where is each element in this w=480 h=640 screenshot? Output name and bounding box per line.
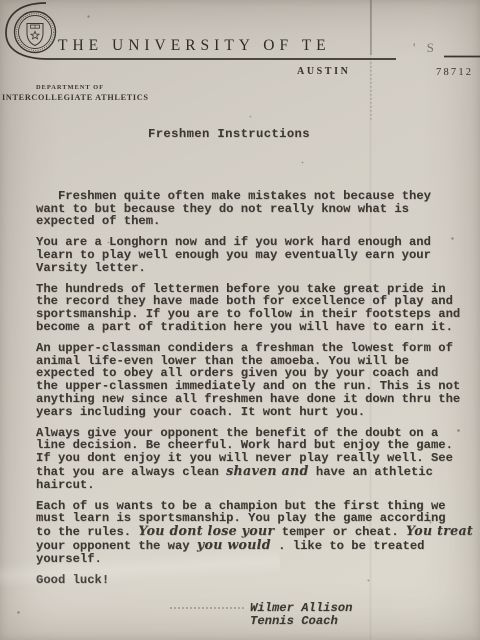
paragraph-6-typed-b: temper or cheat. xyxy=(274,525,406,539)
signature-block: Wilmer Allison Tennis Coach xyxy=(250,602,474,628)
university-name: THE UNIVERSITY OF TE xyxy=(58,37,331,55)
letterhead-art xyxy=(0,0,480,130)
paragraph-6-handwritten-3: you would xyxy=(197,537,271,552)
letter-body: Freshmen Instructions Freshmen quite oft… xyxy=(36,128,474,628)
paragraph-6-handwritten-1: You dont lose your xyxy=(138,523,274,538)
letter-title: Freshmen Instructions xyxy=(36,128,474,141)
paragraph-5: Always give your opponent the benefit of… xyxy=(36,427,474,492)
letter-photo: THE UNIVERSITY OF TE ' S AUSTIN 78712 DE… xyxy=(0,0,480,640)
ink-smudge xyxy=(170,607,244,609)
closing-line: Good luck! xyxy=(36,574,474,587)
signature-title: Tennis Coach xyxy=(250,615,474,628)
university-name-fragment: ' S xyxy=(413,40,438,56)
paragraph-6-handwritten-2: You treat xyxy=(406,523,473,538)
city-label: AUSTIN xyxy=(297,66,350,77)
department-line2: INTERCOLLEGIATE ATHLETICS xyxy=(2,93,149,102)
paragraph-4: An upper-classman condiders a freshman t… xyxy=(36,342,474,419)
paragraph-6: Each of us wants to be a champion but th… xyxy=(36,500,474,566)
paragraph-1: Freshmen quite often make mistakes not b… xyxy=(36,190,474,228)
paragraph-5-handwritten: shaven and xyxy=(226,463,308,478)
paragraph-2: You are a Longhorn now and if you work h… xyxy=(36,236,474,274)
paragraph-3: The hundreds of lettermen before you tak… xyxy=(36,283,474,334)
university-seal-icon xyxy=(15,12,56,53)
department-line1: DEPARTMENT OF xyxy=(28,84,112,91)
zip-code: 78712 xyxy=(436,67,473,78)
